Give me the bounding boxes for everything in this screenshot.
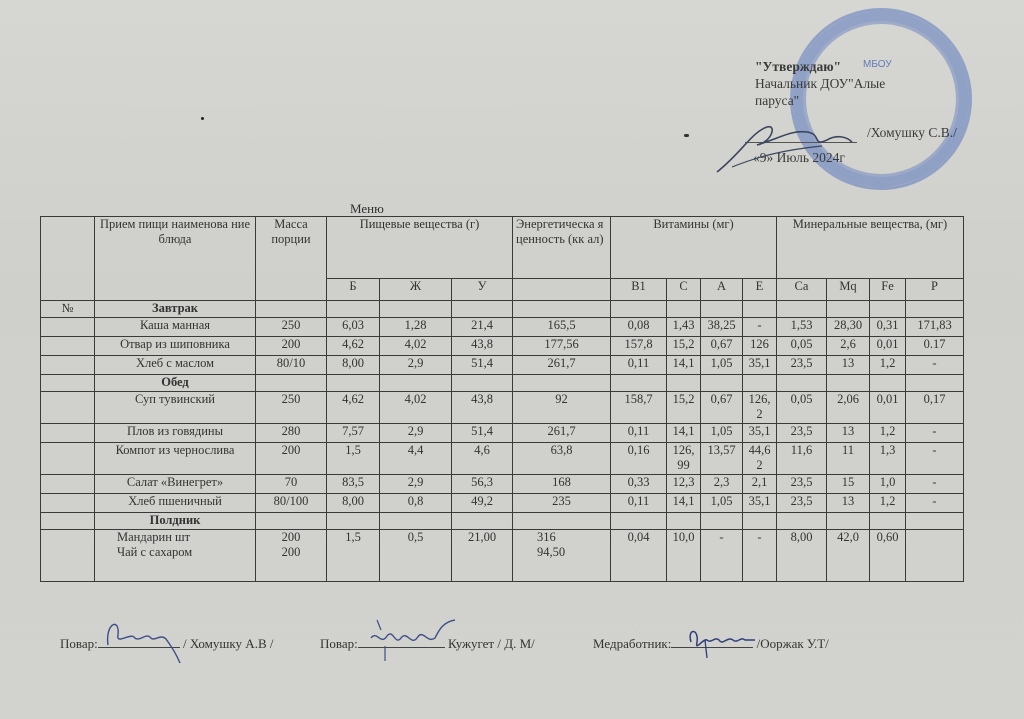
c-cell: 10,0: [667, 530, 701, 582]
subheader-cell: Е: [743, 279, 777, 301]
number-cell: [41, 337, 95, 356]
table-row: Хлеб пшеничный80/1008,000,849,22350,1114…: [41, 494, 964, 513]
medic-signature-icon: [685, 624, 765, 664]
number-cell: [41, 530, 95, 582]
u-cell: [452, 375, 513, 392]
zh-cell: [380, 301, 452, 318]
p-cell: -: [906, 356, 964, 375]
b-cell: 8,00: [327, 494, 380, 513]
e-cell: -: [743, 318, 777, 337]
subheader-cell: Б: [327, 279, 380, 301]
dish-name: Плов из говядины: [95, 424, 256, 443]
subheader-cell: У: [452, 279, 513, 301]
c-cell: 1,43: [667, 318, 701, 337]
zh-cell: 2,9: [380, 424, 452, 443]
mass-cell: [256, 375, 327, 392]
dish-name: Салат «Винегрет»: [95, 475, 256, 494]
e-cell: [743, 301, 777, 318]
c-cell: 15,2: [667, 337, 701, 356]
menu-table: Прием пищи наименова ние блюда Масса пор…: [40, 216, 964, 582]
a-cell: 13,57: [701, 443, 743, 475]
table-row: Суп тувинский2504,624,0243,892158,715,20…: [41, 392, 964, 424]
b1-cell: 158,7: [611, 392, 667, 424]
ca-cell: [777, 513, 827, 530]
mass-cell: 200 200: [256, 530, 327, 582]
p-cell: [906, 513, 964, 530]
a-cell: 1,05: [701, 494, 743, 513]
header-dish: Прием пищи наименова ние блюда: [95, 217, 256, 301]
subheader-cell: Р: [906, 279, 964, 301]
header-number-blank: [41, 217, 95, 301]
fe-cell: 0,60: [870, 530, 906, 582]
fe-cell: 1,2: [870, 356, 906, 375]
cook2-signature-icon: [365, 616, 455, 671]
zh-cell: 1,28: [380, 318, 452, 337]
zh-cell: 0,8: [380, 494, 452, 513]
speck: [684, 134, 689, 137]
approval-block: "Утверждаю" Начальник ДОУ"Алые паруса" /…: [755, 58, 885, 109]
table-row: Мандарин шт Чай с сахаром200 2001,50,521…: [41, 530, 964, 582]
b1-cell: 0,33: [611, 475, 667, 494]
section-title: Обед: [95, 375, 256, 392]
energy-cell: 261,7: [513, 424, 611, 443]
p-cell: [906, 530, 964, 582]
fe-cell: 1,2: [870, 494, 906, 513]
energy-cell: [513, 513, 611, 530]
energy-cell: 177,56: [513, 337, 611, 356]
b1-cell: [611, 301, 667, 318]
e-cell: [743, 375, 777, 392]
energy-cell: 235: [513, 494, 611, 513]
mass-cell: 250: [256, 318, 327, 337]
c-cell: [667, 375, 701, 392]
ca-cell: [777, 301, 827, 318]
fe-cell: 0,01: [870, 337, 906, 356]
table-row: Хлеб с маслом80/108,002,951,4261,70,1114…: [41, 356, 964, 375]
mg-cell: 2,6: [827, 337, 870, 356]
b1-cell: 157,8: [611, 337, 667, 356]
subheader-cell: Mq: [827, 279, 870, 301]
ca-cell: 23,5: [777, 356, 827, 375]
b-cell: 4,62: [327, 392, 380, 424]
b-cell: [327, 301, 380, 318]
fe-cell: 0,31: [870, 318, 906, 337]
b-cell: 1,5: [327, 530, 380, 582]
header-minerals: Минеральные вещества, (мг): [777, 217, 964, 279]
table-row: Каша манная2506,031,2821,4165,50,081,433…: [41, 318, 964, 337]
table-row: Компот из чернослива2001,54,44,663,80,16…: [41, 443, 964, 475]
subheader-cell: С: [667, 279, 701, 301]
document-page: МБОУ "Утверждаю" Начальник ДОУ"Алые пару…: [0, 0, 1024, 719]
b1-cell: 0,11: [611, 424, 667, 443]
header-mass: Масса порции: [256, 217, 327, 301]
fe-cell: 1,0: [870, 475, 906, 494]
c-cell: 15,2: [667, 392, 701, 424]
subheader-cell: Ж: [380, 279, 452, 301]
ca-cell: [777, 375, 827, 392]
u-cell: 51,4: [452, 356, 513, 375]
u-cell: 56,3: [452, 475, 513, 494]
menu-title: Меню: [350, 201, 384, 217]
dish-name: Суп тувинский: [95, 392, 256, 424]
mass-cell: [256, 513, 327, 530]
section-row: Полдник: [41, 513, 964, 530]
mg-cell: 13: [827, 494, 870, 513]
p-cell: [906, 375, 964, 392]
e-cell: 44,6 2: [743, 443, 777, 475]
medic-label: Медработник:: [593, 636, 671, 651]
a-cell: 0,67: [701, 337, 743, 356]
mg-cell: 42,0: [827, 530, 870, 582]
b1-cell: 0,04: [611, 530, 667, 582]
cook1-name: / Хомушку А.В /: [183, 636, 273, 651]
number-cell: [41, 443, 95, 475]
zh-cell: 4,4: [380, 443, 452, 475]
zh-cell: 0,5: [380, 530, 452, 582]
zh-cell: [380, 513, 452, 530]
cook1-signature-icon: [100, 615, 190, 670]
mass-cell: 80/100: [256, 494, 327, 513]
b-cell: 6,03: [327, 318, 380, 337]
number-cell: [41, 475, 95, 494]
p-cell: 0.17: [906, 337, 964, 356]
section-title: Завтрак: [95, 301, 256, 318]
subheader-cell: Fe: [870, 279, 906, 301]
medic-name: /Ооржак У.Т/: [757, 636, 829, 651]
b-cell: 4,62: [327, 337, 380, 356]
approval-heading: "Утверждаю": [755, 58, 885, 75]
energy-cell: [513, 301, 611, 318]
number-cell: [41, 318, 95, 337]
mg-cell: [827, 301, 870, 318]
fe-cell: 1,3: [870, 443, 906, 475]
speck: [201, 117, 204, 120]
ca-cell: 8,00: [777, 530, 827, 582]
energy-cell: 165,5: [513, 318, 611, 337]
dish-name: Мандарин шт Чай с сахаром: [95, 530, 256, 582]
p-cell: -: [906, 475, 964, 494]
ca-cell: 23,5: [777, 424, 827, 443]
c-cell: 14,1: [667, 494, 701, 513]
a-cell: -: [701, 530, 743, 582]
e-cell: 2,1: [743, 475, 777, 494]
dish-name: Каша манная: [95, 318, 256, 337]
b1-cell: 0,08: [611, 318, 667, 337]
b1-cell: [611, 513, 667, 530]
zh-cell: 4,02: [380, 392, 452, 424]
e-cell: -: [743, 530, 777, 582]
ca-cell: 1,53: [777, 318, 827, 337]
energy-cell: 168: [513, 475, 611, 494]
u-cell: 49,2: [452, 494, 513, 513]
a-cell: [701, 301, 743, 318]
e-cell: 35,1: [743, 356, 777, 375]
u-cell: 21,4: [452, 318, 513, 337]
number-cell: [41, 356, 95, 375]
b-cell: [327, 513, 380, 530]
b-cell: [327, 375, 380, 392]
approval-signer: /Хомушку С.В./: [867, 124, 957, 141]
director-signature-icon: [712, 112, 872, 182]
fe-cell: 1,2: [870, 424, 906, 443]
ca-cell: 11,6: [777, 443, 827, 475]
cook1-label: Повар:: [60, 636, 98, 651]
number-cell: №: [41, 301, 95, 318]
section-row: №Завтрак: [41, 301, 964, 318]
c-cell: 14,1: [667, 356, 701, 375]
p-cell: [906, 301, 964, 318]
table-row: Плов из говядины2807,572,951,4261,70,111…: [41, 424, 964, 443]
mass-cell: [256, 301, 327, 318]
c-cell: 12,3: [667, 475, 701, 494]
zh-cell: [380, 375, 452, 392]
a-cell: 1,05: [701, 356, 743, 375]
cook2-name: Кужугет / Д. М/: [448, 636, 535, 651]
energy-cell: 316 94,50: [513, 530, 611, 582]
u-cell: 43,8: [452, 337, 513, 356]
a-cell: 2,3: [701, 475, 743, 494]
ca-cell: 23,5: [777, 494, 827, 513]
dish-name: Хлеб пшеничный: [95, 494, 256, 513]
subheader-cell: В1: [611, 279, 667, 301]
b1-cell: 0,11: [611, 356, 667, 375]
energy-cell: 92: [513, 392, 611, 424]
zh-cell: 2,9: [380, 475, 452, 494]
table-row: Отвар из шиповника2004,624,0243,8177,561…: [41, 337, 964, 356]
fe-cell: [870, 513, 906, 530]
dish-name: Отвар из шиповника: [95, 337, 256, 356]
u-cell: 51,4: [452, 424, 513, 443]
mg-cell: 2,06: [827, 392, 870, 424]
mass-cell: 200: [256, 337, 327, 356]
b-cell: 7,57: [327, 424, 380, 443]
cook2-label: Повар:: [320, 636, 358, 651]
mg-cell: 28,30: [827, 318, 870, 337]
b1-cell: 0,16: [611, 443, 667, 475]
header-nutrients: Пищевые вещества (г): [327, 217, 513, 279]
energy-cell: [513, 375, 611, 392]
number-cell: [41, 375, 95, 392]
a-cell: 38,25: [701, 318, 743, 337]
mg-cell: 13: [827, 356, 870, 375]
p-cell: -: [906, 424, 964, 443]
e-cell: 35,1: [743, 424, 777, 443]
zh-cell: 2,9: [380, 356, 452, 375]
energy-cell: 261,7: [513, 356, 611, 375]
ca-cell: 23,5: [777, 475, 827, 494]
mg-cell: 13: [827, 424, 870, 443]
mg-cell: 11: [827, 443, 870, 475]
mass-cell: 280: [256, 424, 327, 443]
approval-line2: паруса": [755, 92, 885, 109]
section-row: Обед: [41, 375, 964, 392]
dish-name: Хлеб с маслом: [95, 356, 256, 375]
e-cell: [743, 513, 777, 530]
mass-cell: 200: [256, 443, 327, 475]
number-cell: [41, 424, 95, 443]
b1-cell: 0,11: [611, 494, 667, 513]
b-cell: 83,5: [327, 475, 380, 494]
b-cell: 1,5: [327, 443, 380, 475]
section-title: Полдник: [95, 513, 256, 530]
b1-cell: [611, 375, 667, 392]
fe-cell: [870, 375, 906, 392]
a-cell: [701, 513, 743, 530]
e-cell: 35,1: [743, 494, 777, 513]
number-cell: [41, 392, 95, 424]
mg-cell: [827, 513, 870, 530]
mass-cell: 70: [256, 475, 327, 494]
a-cell: 1,05: [701, 424, 743, 443]
u-cell: [452, 513, 513, 530]
header-vitamins: Витамины (мг): [611, 217, 777, 279]
p-cell: 0,17: [906, 392, 964, 424]
c-cell: 126, 99: [667, 443, 701, 475]
subheader-cell: Са: [777, 279, 827, 301]
energy-cell: 63,8: [513, 443, 611, 475]
e-cell: 126: [743, 337, 777, 356]
number-cell: [41, 513, 95, 530]
menu-body: №ЗавтракКаша манная2506,031,2821,4165,50…: [41, 301, 964, 582]
u-cell: [452, 301, 513, 318]
p-cell: -: [906, 494, 964, 513]
fe-cell: [870, 301, 906, 318]
table-row: Салат «Винегрет»7083,52,956,31680,3312,3…: [41, 475, 964, 494]
u-cell: 21,00: [452, 530, 513, 582]
c-cell: [667, 301, 701, 318]
header-energy: Энергетическа я ценность (кк ал): [513, 217, 611, 279]
b-cell: 8,00: [327, 356, 380, 375]
mg-cell: 15: [827, 475, 870, 494]
zh-cell: 4,02: [380, 337, 452, 356]
u-cell: 4,6: [452, 443, 513, 475]
p-cell: 171,83: [906, 318, 964, 337]
mass-cell: 250: [256, 392, 327, 424]
mass-cell: 80/10: [256, 356, 327, 375]
a-cell: [701, 375, 743, 392]
p-cell: -: [906, 443, 964, 475]
ca-cell: 0,05: [777, 392, 827, 424]
c-cell: 14,1: [667, 424, 701, 443]
dish-name: Компот из чернослива: [95, 443, 256, 475]
u-cell: 43,8: [452, 392, 513, 424]
ca-cell: 0,05: [777, 337, 827, 356]
mg-cell: [827, 375, 870, 392]
c-cell: [667, 513, 701, 530]
number-cell: [41, 494, 95, 513]
subheader-cell: А: [701, 279, 743, 301]
fe-cell: 0,01: [870, 392, 906, 424]
approval-line1: Начальник ДОУ"Алые: [755, 75, 885, 92]
a-cell: 0,67: [701, 392, 743, 424]
e-cell: 126, 2: [743, 392, 777, 424]
subheader-cell: [513, 279, 611, 301]
